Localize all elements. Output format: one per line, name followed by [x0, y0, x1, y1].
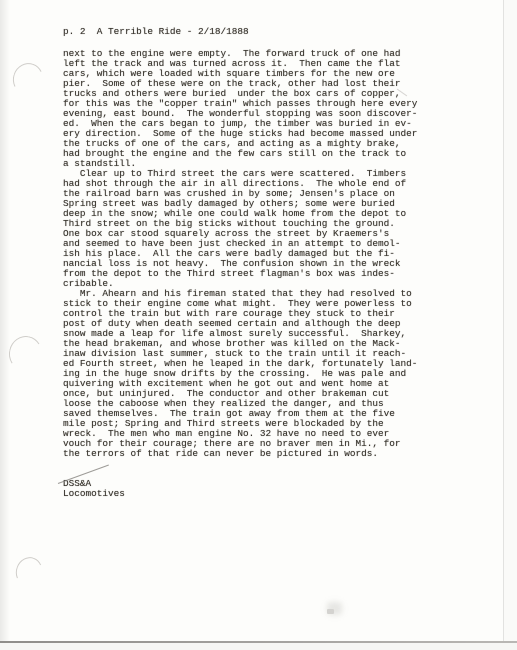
paper-right-edge [503, 0, 504, 642]
footer-caption-subject: Locomotives [63, 489, 125, 499]
scanned-document-page: p. 2 A Terrible Ride - 2/18/1888 next to… [0, 0, 517, 650]
document-body: next to the engine were empty. The forwa… [63, 49, 417, 459]
scan-background-below-paper [0, 643, 517, 650]
clip-imprint-mark-bottom [12, 553, 46, 589]
page-header: p. 2 A Terrible Ride - 2/18/1888 [63, 27, 249, 37]
paper-right-margin [504, 0, 517, 642]
smudge-mark [327, 609, 334, 614]
clip-imprint-mark-middle [6, 333, 46, 374]
paper-left-edge-shading [0, 0, 10, 650]
clip-imprint-mark-top [9, 59, 47, 99]
